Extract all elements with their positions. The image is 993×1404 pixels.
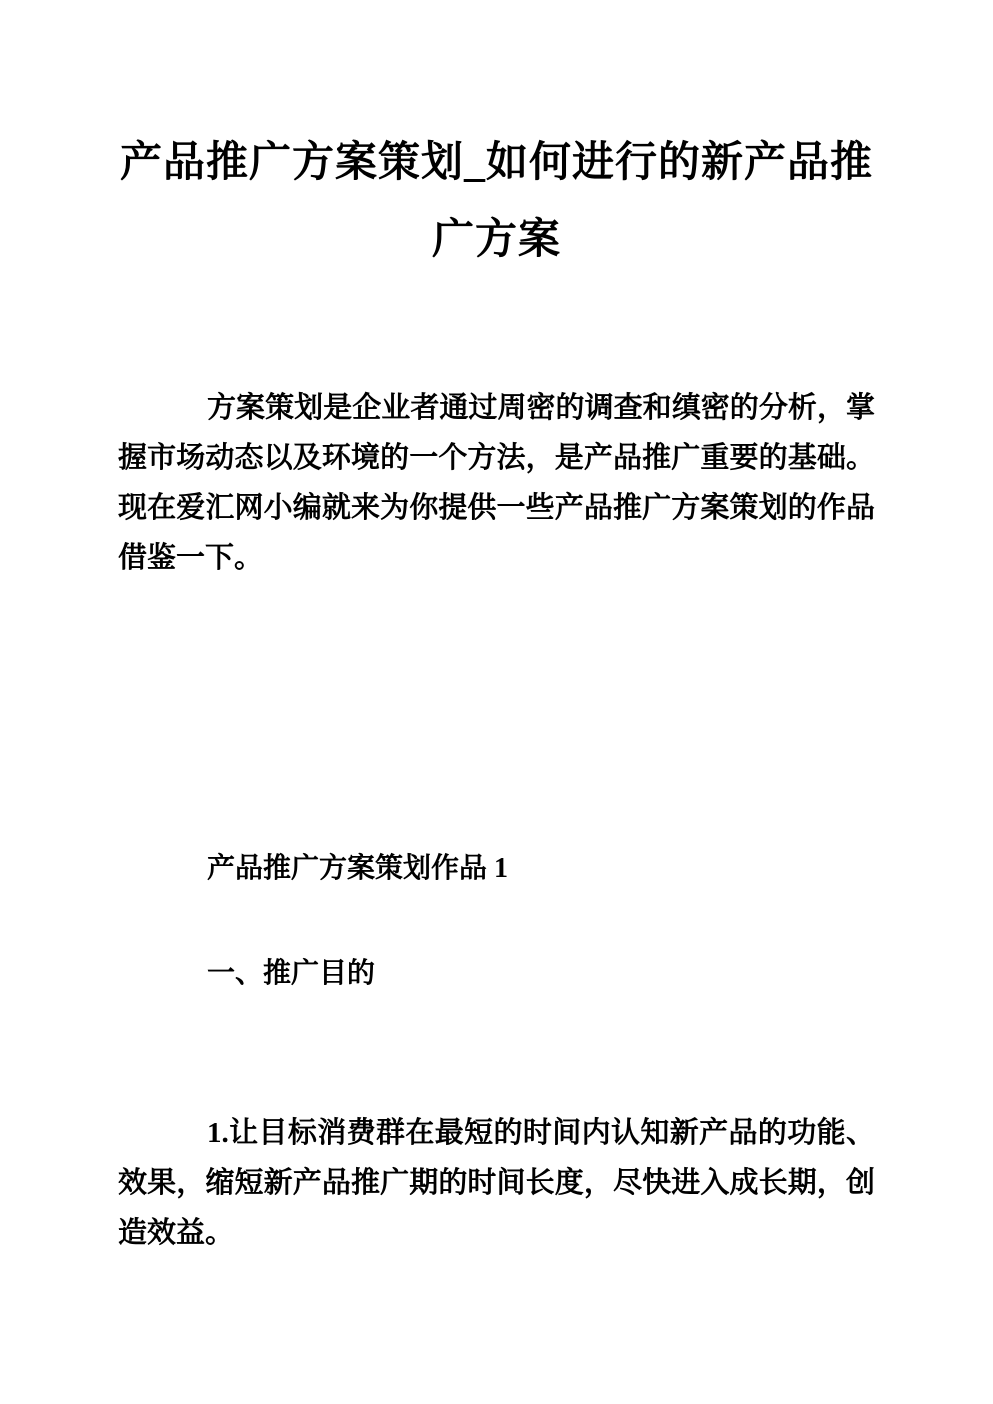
sub-heading: 一、推广目的: [118, 954, 875, 994]
document-content: 产品推广方案策划_如何进行的新产品推广方案 方案策划是企业者通过周密的调查和缜密…: [0, 125, 993, 1258]
point-paragraph: 1.让目标消费群在最短的时间内认知新产品的功能、效果，缩短新产品推广期的时间长度…: [118, 1108, 875, 1258]
section-heading: 产品推广方案策划作品 1: [118, 849, 875, 889]
intro-paragraph: 方案策划是企业者通过周密的调查和缜密的分析，掌握市场动态以及环境的一个方法，是产…: [118, 383, 875, 583]
document-title: 产品推广方案策划_如何进行的新产品推广方案: [118, 125, 875, 279]
document-page: 产品推广方案策划_如何进行的新产品推广方案 方案策划是企业者通过周密的调查和缜密…: [0, 0, 993, 1404]
